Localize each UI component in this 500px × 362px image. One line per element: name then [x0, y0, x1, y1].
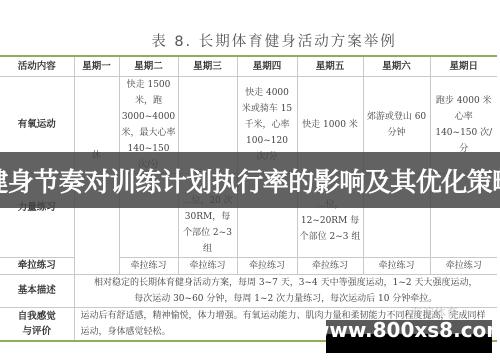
watermark-site-text: www.800xs8.com — [311, 318, 500, 342]
header-tuesday: 星期二 — [119, 56, 178, 77]
cell-stretch-fri: 牵拉练习 — [297, 258, 363, 275]
cell-stretch-wed: 牵拉练习 — [178, 258, 237, 275]
header-thursday: 星期四 — [237, 56, 297, 77]
cell-stretch-sat: 牵拉练习 — [363, 258, 430, 275]
cell-stretch-tue: 牵拉练习 — [119, 258, 178, 275]
row-label-stretch: 牵拉练习 — [0, 258, 74, 275]
basic-line-1: 相对稳定的长期体育健身活动方案，每周 3~7 天，3~4 天中等强度运动，1~2… — [81, 275, 492, 291]
header-sunday: 星期日 — [430, 56, 497, 77]
row-label-basic: 基本描述 — [0, 275, 74, 308]
headline-text: 体育健身节奏对训练计划执行率的影响及其优化策略分析 — [0, 162, 500, 199]
header-monday: 星期一 — [74, 56, 119, 77]
header-saturday: 星期六 — [363, 56, 430, 77]
header-activity: 活动内容 — [0, 56, 74, 77]
table-header-row: 活动内容 星期一 星期二 星期三 星期四 星期五 星期六 星期日 — [0, 56, 497, 77]
headline-banner: 体育健身节奏对训练计划执行率的影响及其优化策略分析 — [0, 152, 500, 208]
row-label-self-eval: 自我感觉与评价 — [0, 308, 74, 342]
cell-stretch-sun: 牵拉练习 — [430, 258, 497, 275]
cell-stretch-thu: 牵拉练习 — [237, 258, 297, 275]
header-wednesday: 星期三 — [178, 56, 237, 77]
table-row-basic-description: 基本描述 相对稳定的长期体育健身活动方案，每周 3~7 天，3~4 天中等强度运… — [0, 275, 497, 308]
cell-basic-description: 相对稳定的长期体育健身活动方案，每周 3~7 天，3~4 天中等强度运动，1~2… — [74, 275, 497, 308]
table-caption: 表 8. 长期体育健身活动方案举例 — [0, 30, 500, 51]
header-friday: 星期五 — [297, 56, 363, 77]
watermark-site-box: www.800xs8.com — [326, 320, 492, 353]
